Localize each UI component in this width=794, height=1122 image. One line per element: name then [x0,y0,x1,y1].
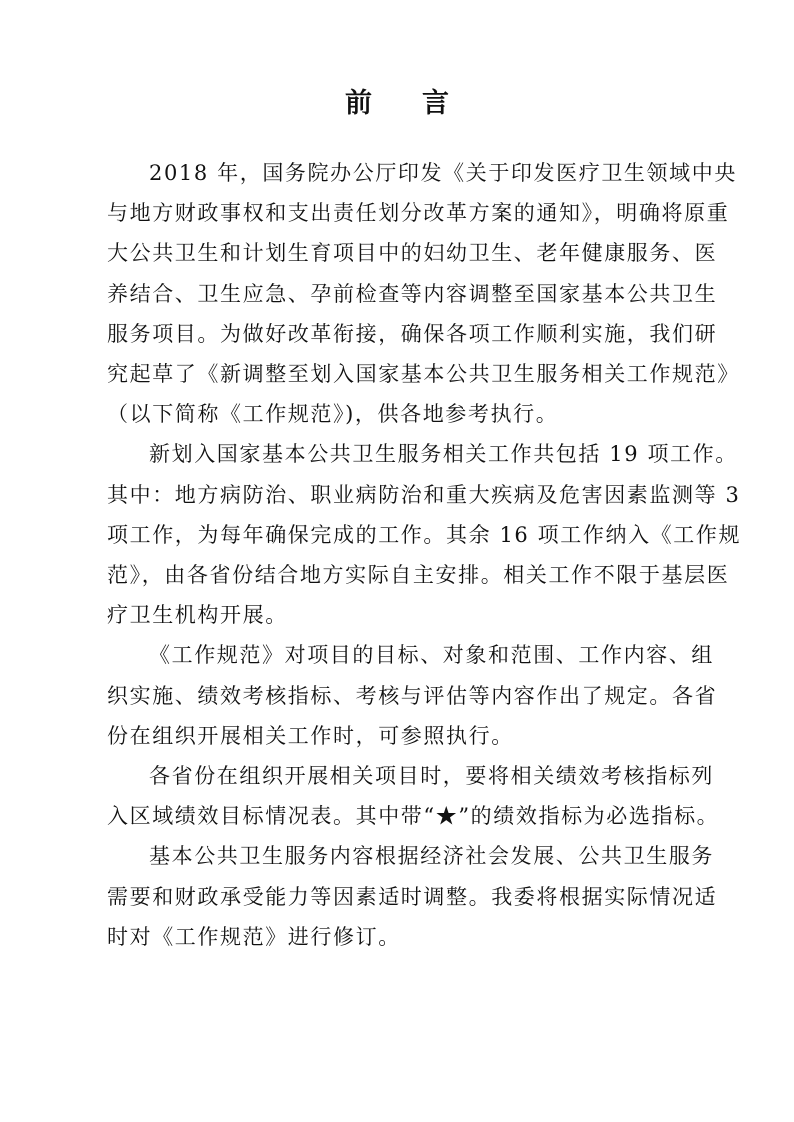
text-line: 需要和财政承受能力等因素适时调整。我委将根据实际情况适 [107,877,691,917]
paragraph-4: 各省份在组织开展相关项目时，要将相关绩效考核指标列 入区域绩效目标情况表。其中带… [107,756,691,836]
text-line: 疗卫生机构开展。 [107,595,691,635]
title-char-2: 言 [422,88,449,119]
text-line: 入区域绩效目标情况表。其中带“★”的绩效指标为必选指标。 [107,796,691,836]
paragraph-5: 基本公共卫生服务内容根据经济社会发展、公共卫生服务 需要和财政承受能力等因素适时… [107,836,691,957]
text-line: 其中：地方病防治、职业病防治和重大疾病及危害因素监测等 3 [107,475,691,515]
text-line: 范》，由各省份结合地方实际自主安排。相关工作不限于基层医 [107,555,691,595]
text-line: 养结合、卫生应急、孕前检查等内容调整至国家基本公共卫生 [107,274,691,314]
text-line: 织实施、绩效考核指标、考核与评估等内容作出了规定。各省 [107,676,691,716]
document-page: 前言 2018 年，国务院办公厅印发《关于印发医疗卫生领域中央 与地方财政事权和… [0,0,794,1122]
title-char-1: 前 [345,88,372,119]
paragraph-2: 新划入国家基本公共卫生服务相关工作共包括 19 项工作。 其中：地方病防治、职业… [107,434,691,635]
text-line: 基本公共卫生服务内容根据经济社会发展、公共卫生服务 [107,836,691,876]
text-line: 服务项目。为做好改革衔接，确保各项工作顺利实施，我们研 [107,314,691,354]
text-line: 与地方财政事权和支出责任划分改革方案的通知》，明确将原重 [107,193,691,233]
text-line: 大公共卫生和计划生育项目中的妇幼卫生、老年健康服务、医 [107,233,691,273]
paragraph-3: 《工作规范》对项目的目标、对象和范围、工作内容、组 织实施、绩效考核指标、考核与… [107,635,691,756]
text-line: 新划入国家基本公共卫生服务相关工作共包括 19 项工作。 [107,434,691,474]
text-line: 2018 年，国务院办公厅印发《关于印发医疗卫生领域中央 [107,153,691,193]
text-line: （以下简称《工作规范》)，供各地参考执行。 [107,394,691,434]
text-line: 究起草了《新调整至划入国家基本公共卫生服务相关工作规范》 [107,354,691,394]
paragraph-1: 2018 年，国务院办公厅印发《关于印发医疗卫生领域中央 与地方财政事权和支出责… [107,153,691,434]
text-line: 《工作规范》对项目的目标、对象和范围、工作内容、组 [107,635,691,675]
text-line: 项工作，为每年确保完成的工作。其余 16 项工作纳入《工作规 [107,515,691,555]
text-line: 各省份在组织开展相关项目时，要将相关绩效考核指标列 [107,756,691,796]
text-line: 份在组织开展相关工作时，可参照执行。 [107,716,691,756]
text-line: 时对《工作规范》进行修订。 [107,917,691,957]
page-title: 前言 [0,84,794,124]
document-body: 2018 年，国务院办公厅印发《关于印发医疗卫生领域中央 与地方财政事权和支出责… [107,153,691,957]
